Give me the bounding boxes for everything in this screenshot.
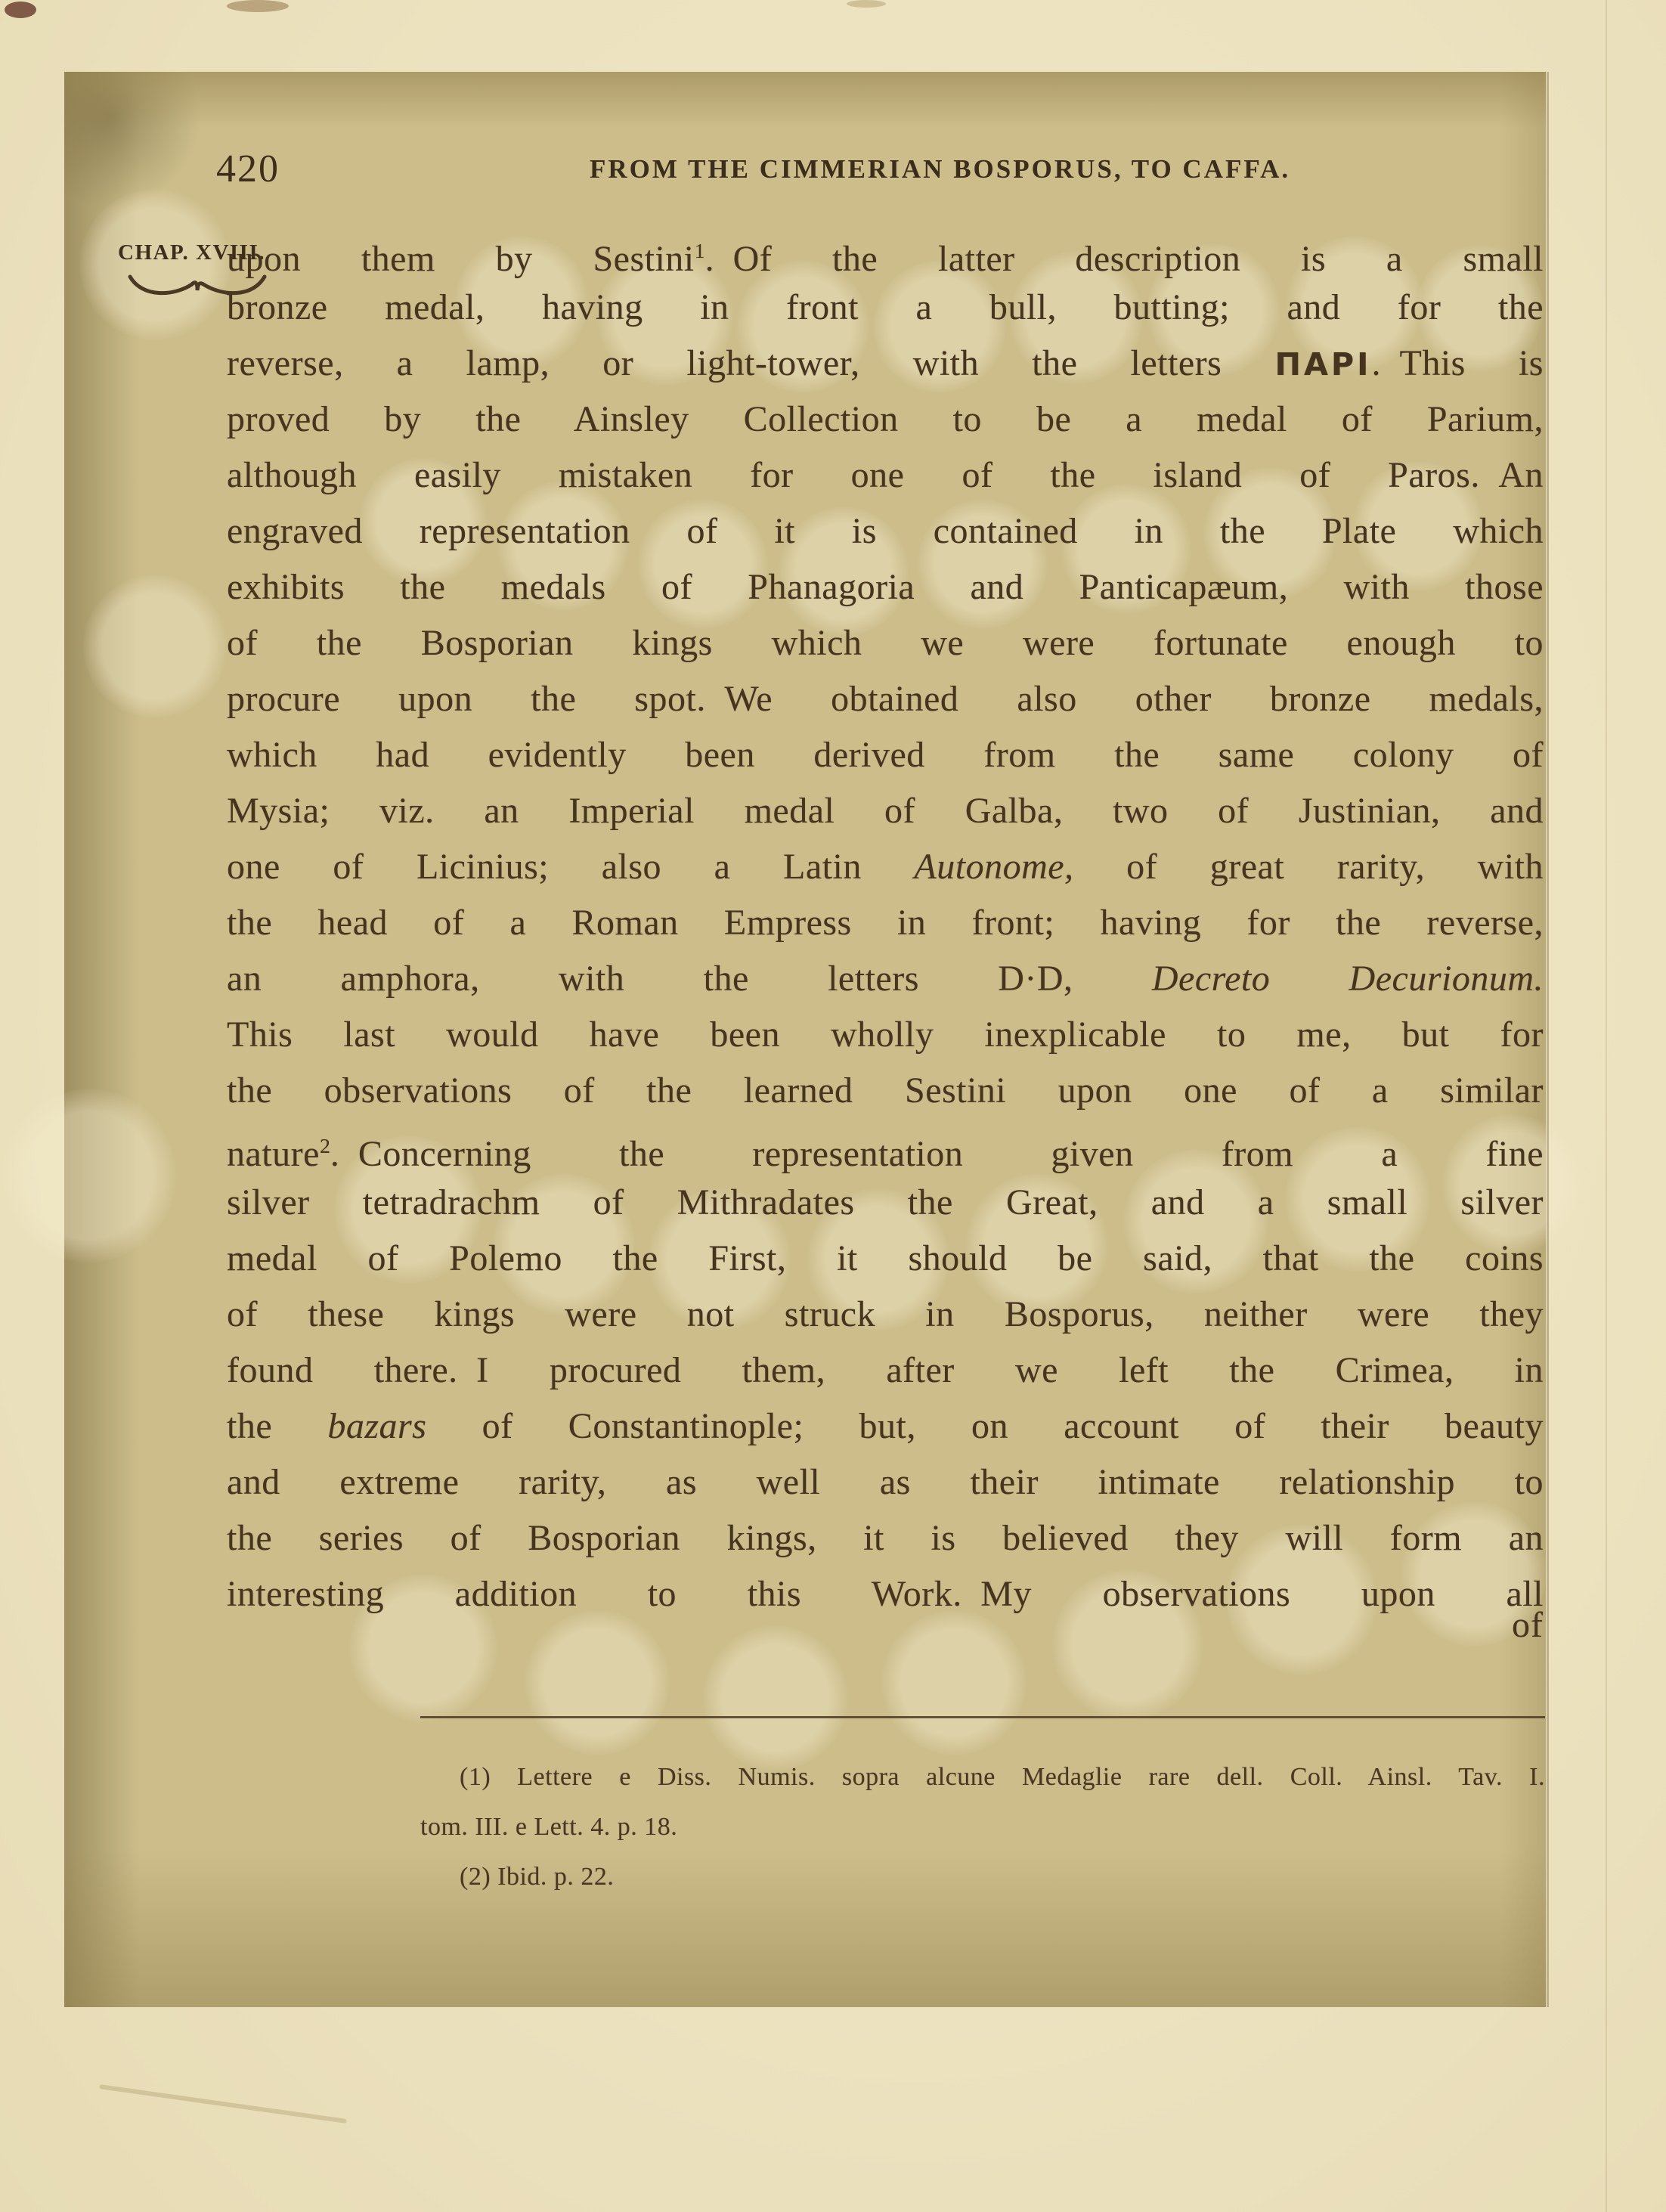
text-line: procure upon the spot. We obtained also … bbox=[227, 671, 1544, 727]
text-line: one of Licinius; also a Latin Autonome, … bbox=[227, 839, 1544, 895]
text-line: of these kings were not struck in Bospor… bbox=[227, 1287, 1544, 1343]
text-run: . This is bbox=[1372, 343, 1544, 383]
text-run: of great rarity, with bbox=[1074, 847, 1544, 887]
text-line: proved by the Ainsley Collection to be a… bbox=[227, 392, 1544, 448]
text-run: of the Bosporian kings which we were for… bbox=[227, 623, 1544, 663]
text-run: exhibits the medals of Phanagoria and Pa… bbox=[227, 567, 1544, 607]
footnote-line: (1) Lettere e Diss. Numis. sopra alcune … bbox=[420, 1752, 1545, 1802]
scanned-book-page: 420 FROM THE CIMMERIAN BOSPORUS, TO CAFF… bbox=[0, 0, 1666, 2212]
text-run: ΠΑΡΙ bbox=[1274, 346, 1371, 383]
text-line: reverse, a lamp, or light-tower, with th… bbox=[227, 336, 1544, 392]
text-run: although easily mistaken for one of the … bbox=[227, 455, 1544, 495]
text-line: of the Bosporian kings which we were for… bbox=[227, 615, 1544, 671]
catchword: of bbox=[227, 1604, 1544, 1646]
footnote-reference: 2 bbox=[320, 1135, 330, 1158]
text-run: of Constantinople; but, on account of th… bbox=[426, 1406, 1544, 1446]
text-run: nature bbox=[227, 1134, 320, 1174]
top-edge-smudge bbox=[847, 0, 886, 8]
text-line: the bazars of Constantinople; but, on ac… bbox=[227, 1399, 1544, 1455]
text-run: Decreto Decurionum. bbox=[1152, 959, 1544, 999]
footnotes: (1) Lettere e Diss. Numis. sopra alcune … bbox=[420, 1752, 1545, 1902]
text-line: upon them by Sestini1. Of the latter des… bbox=[227, 224, 1544, 280]
text-run: of these kings were not struck in Bospor… bbox=[227, 1294, 1544, 1334]
footnote-line: (2) Ibid. p. 22. bbox=[420, 1852, 1545, 1902]
page-number: 420 bbox=[216, 147, 280, 191]
text-run: bazars bbox=[327, 1406, 426, 1446]
text-line: although easily mistaken for one of the … bbox=[227, 448, 1544, 503]
footnote-line: tom. III. e Lett. 4. p. 18. bbox=[420, 1802, 1545, 1852]
text-line: silver tetradrachm of Mithradates the Gr… bbox=[227, 1175, 1544, 1231]
text-run: Autonome, bbox=[914, 847, 1073, 887]
text-line: the series of Bosporian kings, it is bel… bbox=[227, 1510, 1544, 1566]
text-line: engraved representation of it is contain… bbox=[227, 503, 1544, 559]
text-line: the head of a Roman Empress in front; ha… bbox=[227, 895, 1544, 951]
text-run: the series of Bosporian kings, it is bel… bbox=[227, 1518, 1544, 1558]
text-run: an amphora, with the letters D·D, bbox=[227, 959, 1152, 999]
text-run: and extreme rarity, as well as their int… bbox=[227, 1462, 1544, 1502]
text-run: the bbox=[227, 1406, 327, 1446]
text-run: . Of the latter description is a small bbox=[705, 239, 1544, 279]
footnote-rule bbox=[420, 1716, 1545, 1718]
text-line: which had evidently been derived from th… bbox=[227, 727, 1544, 783]
top-edge-smudge bbox=[227, 0, 289, 12]
footnote-reference: 1 bbox=[695, 240, 705, 263]
bottom-stain-streak bbox=[99, 2084, 347, 2124]
text-line: found there. I procured them, after we l… bbox=[227, 1343, 1544, 1399]
text-line: the observations of the learned Sestini … bbox=[227, 1063, 1544, 1119]
text-run: bronze medal, having in front a bull, bu… bbox=[227, 287, 1544, 327]
text-run: engraved representation of it is contain… bbox=[227, 511, 1544, 551]
text-line: and extreme rarity, as well as their int… bbox=[227, 1455, 1544, 1510]
text-line: This last would have been wholly inexpli… bbox=[227, 1007, 1544, 1063]
text-run: one of Licinius; also a Latin bbox=[227, 847, 914, 887]
text-line: an amphora, with the letters D·D, Decret… bbox=[227, 951, 1544, 1007]
page-edge-line bbox=[1547, 72, 1549, 2007]
text-run: medal of Polemo the First, it should be … bbox=[227, 1238, 1544, 1278]
coin-ghost-impression bbox=[703, 1625, 848, 1771]
text-run: found there. I procured them, after we l… bbox=[227, 1350, 1544, 1390]
text-run: upon them by Sestini bbox=[227, 239, 695, 279]
text-line: nature2. Concerning the representation g… bbox=[227, 1119, 1544, 1175]
text-run: . Concerning the representation given fr… bbox=[330, 1134, 1544, 1174]
text-run: the observations of the learned Sestini … bbox=[227, 1070, 1544, 1111]
coin-ghost-impression bbox=[83, 575, 227, 718]
running-header: FROM THE CIMMERIAN BOSPORUS, TO CAFFA. bbox=[590, 154, 1290, 184]
page-edge-shadow bbox=[1606, 0, 1607, 2212]
text-line: Mysia; viz. an Imperial medal of Galba, … bbox=[227, 783, 1544, 839]
coin-ghost-impression bbox=[2, 1089, 176, 1262]
text-run: silver tetradrachm of Mithradates the Gr… bbox=[227, 1182, 1544, 1222]
text-run: reverse, a lamp, or light-tower, with th… bbox=[227, 343, 1274, 383]
text-run: procure upon the spot. We obtained also … bbox=[227, 679, 1544, 719]
body-text: upon them by Sestini1. Of the latter des… bbox=[227, 224, 1544, 1622]
text-run: which had evidently been derived from th… bbox=[227, 735, 1544, 775]
corner-ink-smudge bbox=[5, 2, 36, 18]
text-line: bronze medal, having in front a bull, bu… bbox=[227, 280, 1544, 336]
text-run: Mysia; viz. an Imperial medal of Galba, … bbox=[227, 791, 1544, 831]
text-line: exhibits the medals of Phanagoria and Pa… bbox=[227, 559, 1544, 615]
text-run: the head of a Roman Empress in front; ha… bbox=[227, 903, 1544, 943]
text-run: proved by the Ainsley Collection to be a… bbox=[227, 399, 1544, 439]
text-line: medal of Polemo the First, it should be … bbox=[227, 1231, 1544, 1287]
text-run: This last would have been wholly inexpli… bbox=[227, 1015, 1544, 1055]
